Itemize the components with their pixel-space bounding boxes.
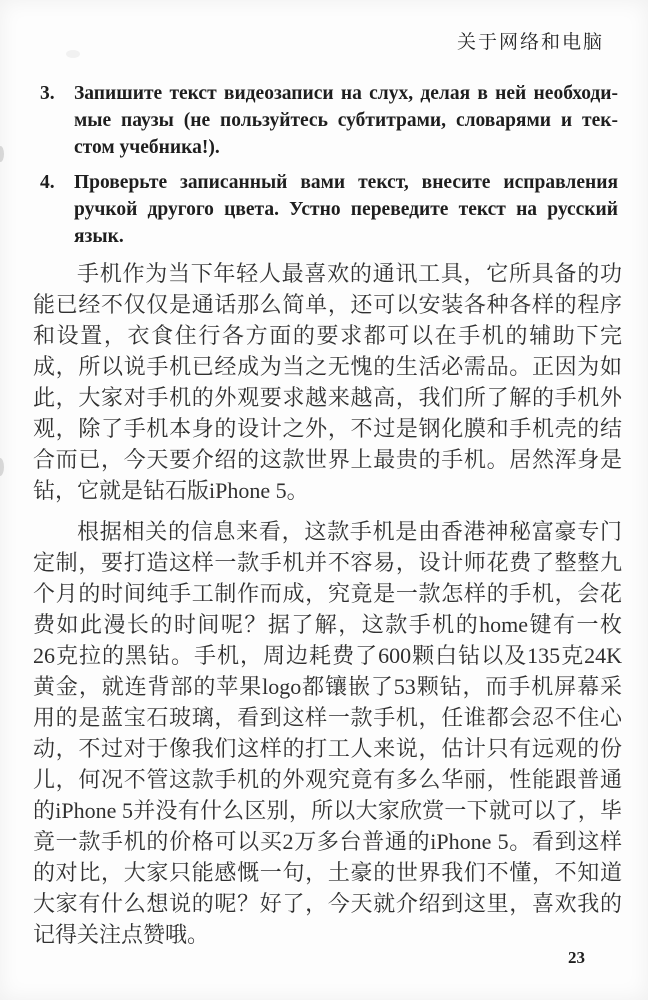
body-line: 26克拉的黑钻。手机，周边耗费了600颗白钻以及135克24K xyxy=(33,640,622,671)
scanned-textbook-page: 关于网络和电脑 3. Запишите текст видеозаписи на… xyxy=(0,0,648,1000)
exercise-list: 3. Запишите текст видеозаписи на слух, д… xyxy=(40,80,618,250)
body-line: 记得关注点赞哦。 xyxy=(33,919,622,950)
scan-artifact xyxy=(66,50,80,58)
body-paragraph-2: 根据相关的信息来看，这款手机是由香港神秘富豪专门 定制，要打造这样一款手机并不容… xyxy=(33,516,622,950)
exercise-line: стом учебника!). xyxy=(74,134,618,161)
body-paragraph-1: 手机作为当下年轻人最喜欢的通讯工具，它所具备的功 能已经不仅仅是通话那么简单，还… xyxy=(33,258,622,506)
body-line: 费如此漫长的时间呢？据了解，这款手机的home键有一枚 xyxy=(33,609,622,640)
chapter-title: 关于网络和电脑 xyxy=(457,32,604,53)
page-header: 关于网络和电脑 xyxy=(0,0,648,56)
page-number: 23 xyxy=(568,948,585,968)
exercise-item-4: 4. Проверьте записанный вами текст, внес… xyxy=(40,169,618,250)
body-line: 定制，要打造这样一款手机并不容易，设计师花费了整整九 xyxy=(33,547,622,578)
body-line: 的对比，大家只能感慨一句，土豪的世界我们不懂，不知道 xyxy=(33,857,622,888)
exercise-number: 4. xyxy=(40,169,74,250)
body-line: 和设置，衣食住行各方面的要求都可以在手机的辅助下完 xyxy=(33,320,622,351)
exercise-line: ручкой другого цвета. Устно переведите т… xyxy=(74,196,618,223)
exercise-number: 3. xyxy=(40,80,74,161)
exercise-text: Проверьте записанный вами текст, внесите… xyxy=(74,169,618,250)
exercise-line: Проверьте записанный вами текст, внесите… xyxy=(74,169,618,196)
body-line: 手机作为当下年轻人最喜欢的通讯工具，它所具备的功 xyxy=(33,258,622,289)
body-line: 根据相关的信息来看，这款手机是由香港神秘富豪专门 xyxy=(33,516,622,547)
body-line: 能已经不仅仅是通话那么简单，还可以安装各种各样的程序 xyxy=(33,289,622,320)
body-line: 用的是蓝宝石玻璃，看到这样一款手机，任谁都会忍不住心 xyxy=(33,702,622,733)
body-line: 动，不过对于像我们这样的打工人来说，估计只有远观的份 xyxy=(33,733,622,764)
body-text: 手机作为当下年轻人最喜欢的通讯工具，它所具备的功 能已经不仅仅是通话那么简单，还… xyxy=(33,258,622,950)
body-line: 个月的时间纯手工制作而成，究竟是一款怎样的手机，会花 xyxy=(33,578,622,609)
body-line: 大家有什么想说的呢？好了，今天就介绍到这里，喜欢我的 xyxy=(33,888,622,919)
body-line: 钻，它就是钻石版iPhone 5。 xyxy=(33,475,622,506)
body-line: 竟一款手机的价格可以买2万多台普通的iPhone 5。看到这样 xyxy=(33,826,622,857)
body-line: 黄金，就连背部的苹果logo都镶嵌了53颗钻，而手机屏幕采 xyxy=(33,671,622,702)
exercise-line: мые паузы (не пользуйтесь субтитрами, сл… xyxy=(74,107,618,134)
exercise-line: Запишите текст видеозаписи на слух, дела… xyxy=(74,80,618,107)
exercise-line: язык. xyxy=(74,223,618,250)
body-line: 的iPhone 5并没有什么区别，所以大家欣赏一下就可以了，毕 xyxy=(33,795,622,826)
body-line: 儿，何况不管这款手机的外观究竟有多么华丽，性能跟普通 xyxy=(33,764,622,795)
body-line: 成，所以说手机已经成为当之无愧的生活必需品。正因为如 xyxy=(33,351,622,382)
exercise-text: Запишите текст видеозаписи на слух, дела… xyxy=(74,80,618,161)
body-line: 此，大家对手机的外观要求越来越高，我们所了解的手机外 xyxy=(33,382,622,413)
exercise-item-3: 3. Запишите текст видеозаписи на слух, д… xyxy=(40,80,618,161)
body-line: 观，除了手机本身的设计之外，不过是钢化膜和手机壳的结 xyxy=(33,413,622,444)
body-line: 合而已，今天要介绍的这款世界上最贵的手机。居然浑身是 xyxy=(33,444,622,475)
scan-artifact xyxy=(0,146,4,162)
scan-artifact xyxy=(0,458,4,476)
